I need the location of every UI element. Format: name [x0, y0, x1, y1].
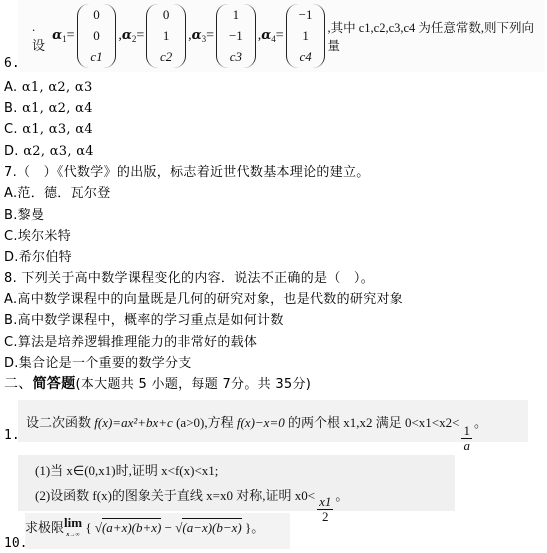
question-7-stem: 7.（ ）《代数学》的出版，标志着近世代数基本理论的建立。 — [4, 165, 370, 181]
section-2-heading: 二、简答题(本大题共 5 小题，每题 7分。共 35分) — [4, 376, 311, 393]
question-10-number: 10. — [4, 536, 27, 552]
vector-alpha4: −1 1 c4 — [286, 4, 326, 68]
q8-option-c: C.算法是培养逻辑推理能力的非常好的载体 — [4, 335, 257, 351]
alpha1-label: α1= — [52, 28, 74, 44]
q7-option-c: C.埃尔米特 — [4, 229, 71, 245]
q7-option-a: A.范．德．瓦尔登 — [4, 186, 111, 202]
question-8-stem: 8. 下列关于高中数学课程变化的内容．说法不正确的是（ ）。 — [4, 271, 374, 287]
q6-prefix: .设 — [32, 19, 48, 54]
vector-alpha1: 0 0 c1 — [77, 4, 117, 68]
q8-option-b: B.高中数学课程中，概率的学习重点是如何计数 — [4, 313, 284, 329]
q1-part-1: (1)当 x∈(0,x1)时,证明 x<f(x)<x1; — [35, 460, 218, 479]
vector-alpha3: 1 −1 c3 — [216, 4, 256, 68]
alpha2-label: α2= — [122, 28, 144, 44]
q6-option-c: C. α1, α3, α4 — [4, 122, 93, 138]
question-1-parts-image: (1)当 x∈(0,x1)时,证明 x<f(x)<x1; (2)设函数 f(x)… — [18, 455, 455, 511]
question-1-image: 设二次函数 f(x)=ax²+bx+c (a>0),方程 f(x)−x=0 的两… — [18, 400, 528, 442]
q8-option-a: A.高中数学课程中的向量既是几何的研究对象，也是代数的研究对象 — [4, 292, 403, 308]
alpha4-label: α4= — [261, 28, 283, 44]
alpha3-label: α3= — [192, 28, 214, 44]
q7-option-b: B.黎曼 — [4, 208, 44, 224]
q6-option-b: B. α1, α2, α4 — [4, 101, 93, 117]
q6-option-d: D. α2, α3, α4 — [4, 144, 94, 160]
question-10-image: 求极限limx→∞ { √(a+x)(b+x) − √(a−x)(b−x) }。 — [25, 513, 290, 549]
vector-alpha2: 0 1 c2 — [146, 4, 186, 68]
q6-suffix: ,其中 c1,c2,c3,c4 为任意常数,则下列向量 — [327, 18, 545, 54]
q8-option-d: D.集合论是一个重要的数学分支 — [4, 356, 192, 372]
q6-option-a: A. α1, α2, α3 — [4, 80, 93, 96]
question-6-image: .设 α1= 0 0 c1 , α2= 0 1 c2 , α3= 1 −1 c3… — [18, 0, 545, 72]
q7-option-d: D.希尔伯特 — [4, 250, 72, 266]
